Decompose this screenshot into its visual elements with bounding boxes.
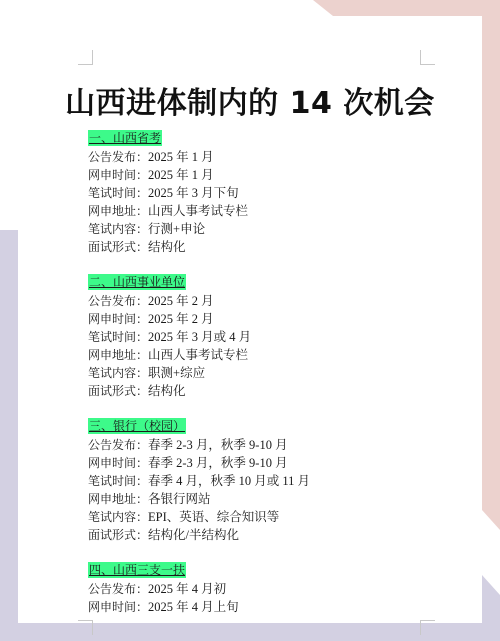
info-row: 公告发布：2025 年 4 月初 xyxy=(88,580,239,598)
row-value: 2025 年 1 月 xyxy=(148,150,214,164)
row-value: 各银行网站 xyxy=(148,492,211,506)
info-row: 笔试时间：春季 4 月，秋季 10 月或 11 月 xyxy=(88,472,310,490)
info-row: 笔试内容：行测+申论 xyxy=(88,220,248,238)
row-label: 笔试内容： xyxy=(88,222,148,236)
info-row: 笔试内容：职测+综应 xyxy=(88,364,251,382)
row-label: 面试形式： xyxy=(88,240,148,254)
section-heading: 三、银行（校园） xyxy=(88,418,186,434)
section-heading: 四、山西三支一扶 xyxy=(88,562,186,578)
row-value: 2025 年 2 月 xyxy=(148,294,214,308)
row-value: EPI、英语、综合知识等 xyxy=(148,510,279,524)
crop-mark-top-right xyxy=(420,50,435,65)
row-label: 公告发布： xyxy=(88,150,148,164)
info-row: 面试形式：结构化/半结构化 xyxy=(88,526,310,544)
row-value: 春季 4 月，秋季 10 月或 11 月 xyxy=(148,474,310,488)
row-label: 笔试内容： xyxy=(88,510,148,524)
info-row: 笔试时间：2025 年 3 月或 4 月 xyxy=(88,328,251,346)
row-value: 结构化/半结构化 xyxy=(148,528,239,542)
info-row: 网申时间：2025 年 1 月 xyxy=(88,166,248,184)
row-value: 行测+申论 xyxy=(148,222,205,236)
row-label: 公告发布： xyxy=(88,438,148,452)
row-label: 网申时间： xyxy=(88,456,148,470)
crop-mark-bottom-right xyxy=(420,620,435,635)
row-value: 结构化 xyxy=(148,384,186,398)
row-label: 公告发布： xyxy=(88,294,148,308)
row-label: 公告发布： xyxy=(88,582,148,596)
crop-mark-top-left xyxy=(78,50,93,65)
row-label: 面试形式： xyxy=(88,528,148,542)
info-row: 笔试时间：2025 年 3 月下旬 xyxy=(88,184,248,202)
info-row: 面试形式：结构化 xyxy=(88,238,248,256)
section-bank-campus: 三、银行（校园） 公告发布：春季 2-3 月，秋季 9-10 月 网申时间：春季… xyxy=(88,415,310,544)
section-provincial-exam: 一、山西省考 公告发布：2025 年 1 月 网申时间：2025 年 1 月 笔… xyxy=(88,127,248,256)
info-row: 笔试内容：EPI、英语、综合知识等 xyxy=(88,508,310,526)
info-row: 网申时间：2025 年 2 月 xyxy=(88,310,251,328)
row-value: 山西人事考试专栏 xyxy=(148,348,248,362)
info-row: 网申地址：山西人事考试专栏 xyxy=(88,346,251,364)
row-value: 2025 年 4 月初 xyxy=(148,582,226,596)
row-value: 2025 年 4 月上旬 xyxy=(148,600,239,614)
crop-mark-bottom-left xyxy=(78,620,93,635)
row-label: 网申时间： xyxy=(88,312,148,326)
section-heading: 二、山西事业单位 xyxy=(88,274,186,290)
row-label: 网申时间： xyxy=(88,600,148,614)
info-row: 网申地址：各银行网站 xyxy=(88,490,310,508)
row-label: 笔试时间： xyxy=(88,330,148,344)
row-value: 山西人事考试专栏 xyxy=(148,204,248,218)
row-label: 面试形式： xyxy=(88,384,148,398)
section-public-institution: 二、山西事业单位 公告发布：2025 年 2 月 网申时间：2025 年 2 月… xyxy=(88,271,251,400)
row-label: 网申地址： xyxy=(88,348,148,362)
info-row: 面试形式：结构化 xyxy=(88,382,251,400)
row-label: 网申地址： xyxy=(88,492,148,506)
row-value: 春季 2-3 月，秋季 9-10 月 xyxy=(148,438,288,452)
row-value: 2025 年 3 月或 4 月 xyxy=(148,330,251,344)
row-label: 笔试内容： xyxy=(88,366,148,380)
info-row: 公告发布：2025 年 1 月 xyxy=(88,148,248,166)
info-row: 网申时间：2025 年 4 月上旬 xyxy=(88,598,239,616)
row-value: 2025 年 2 月 xyxy=(148,312,214,326)
section-three-supports-one-aid: 四、山西三支一扶 公告发布：2025 年 4 月初 网申时间：2025 年 4 … xyxy=(88,559,239,616)
row-value: 2025 年 1 月 xyxy=(148,168,214,182)
info-row: 公告发布：2025 年 2 月 xyxy=(88,292,251,310)
document-page: 山西进体制内的 14 次机会 一、山西省考 公告发布：2025 年 1 月 网申… xyxy=(18,16,482,623)
row-value: 春季 2-3 月，秋季 9-10 月 xyxy=(148,456,288,470)
info-row: 网申时间：春季 2-3 月，秋季 9-10 月 xyxy=(88,454,310,472)
row-value: 2025 年 3 月下旬 xyxy=(148,186,239,200)
page-title: 山西进体制内的 14 次机会 xyxy=(18,78,482,122)
row-value: 职测+综应 xyxy=(148,366,205,380)
row-label: 笔试时间： xyxy=(88,186,148,200)
section-heading: 一、山西省考 xyxy=(88,130,162,146)
row-label: 网申时间： xyxy=(88,168,148,182)
row-label: 网申地址： xyxy=(88,204,148,218)
row-label: 笔试时间： xyxy=(88,474,148,488)
row-value: 结构化 xyxy=(148,240,186,254)
info-row: 网申地址：山西人事考试专栏 xyxy=(88,202,248,220)
info-row: 公告发布：春季 2-3 月，秋季 9-10 月 xyxy=(88,436,310,454)
